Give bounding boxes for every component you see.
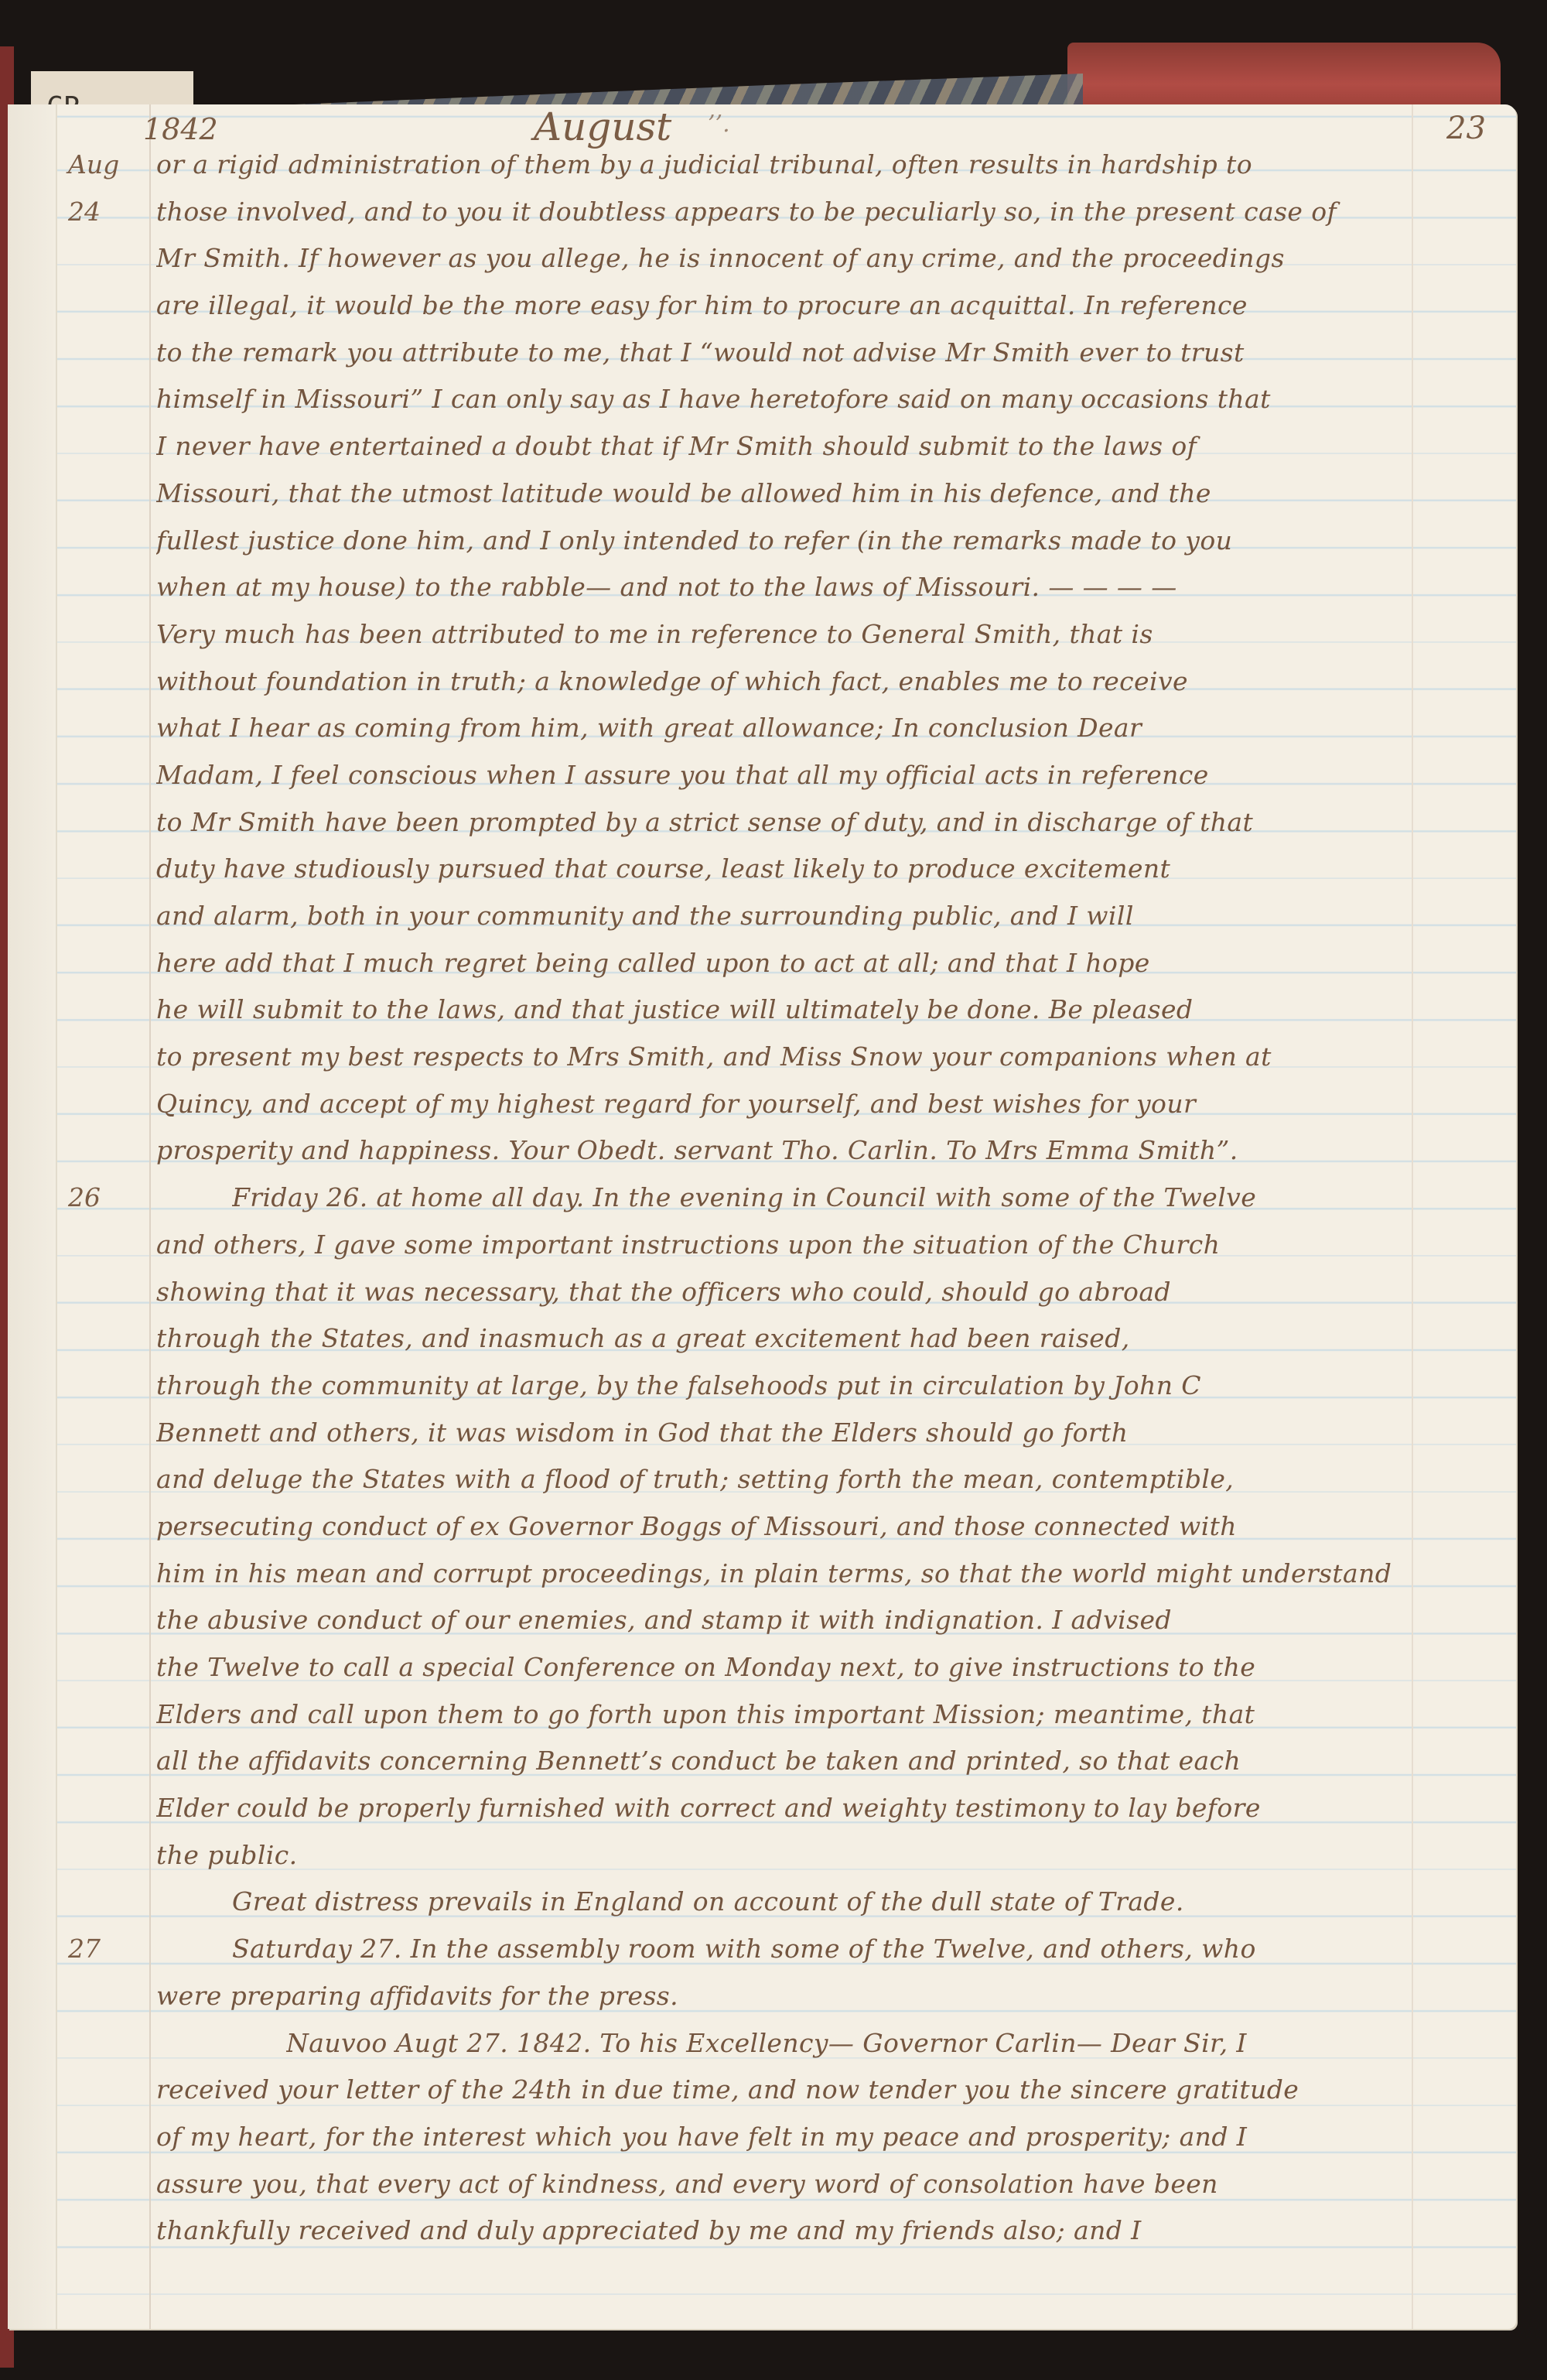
line-text: and others, I gave some important instru… — [156, 1222, 1402, 1269]
manuscript-line: Elders and call upon them to go forth up… — [8, 1691, 1516, 1739]
line-text: Elders and call upon them to go forth up… — [156, 1691, 1402, 1739]
manuscript-line: Elder could be properly furnished with c… — [8, 1785, 1516, 1832]
manuscript-line: received your letter of the 24th in due … — [8, 2067, 1516, 2114]
line-text: Friday 26. at home all day. In the eveni… — [232, 1175, 1408, 1222]
line-text: when at my house) to the rabble— and not… — [156, 564, 1402, 611]
line-text: were preparing affidavits for the press. — [156, 1973, 1402, 2020]
line-text: persecuting conduct of ex Governor Boggs… — [156, 1503, 1402, 1551]
line-text: fullest justice done him, and I only int… — [156, 518, 1402, 565]
manuscript-line: Madam, I feel conscious when I assure yo… — [8, 752, 1516, 799]
line-text: he will submit to the laws, and that jus… — [156, 987, 1402, 1034]
margin-date: 26 — [68, 1175, 145, 1222]
line-text: to the remark you attribute to me, that … — [156, 330, 1402, 377]
manuscript-body: Aug 24or a rigid administration of them … — [8, 142, 1516, 2255]
line-text: the Twelve to call a special Conference … — [156, 1644, 1402, 1691]
line-text: of my heart, for the interest which you … — [156, 2114, 1402, 2161]
manuscript-line: himself in Missouri” I can only say as I… — [8, 376, 1516, 423]
manuscript-line: Very much has been attributed to me in r… — [8, 611, 1516, 658]
manuscript-line: to Mr Smith have been prompted by a stri… — [8, 799, 1516, 846]
line-text: Great distress prevails in England on ac… — [232, 1879, 1408, 1926]
manuscript-line: he will submit to the laws, and that jus… — [8, 987, 1516, 1034]
line-text: or a rigid administration of them by a j… — [156, 142, 1402, 189]
book-cover-red-corner — [1067, 43, 1501, 112]
line-text: all the affidavits concerning Bennett’s … — [156, 1738, 1402, 1785]
manuscript-line: are illegal, it would be the more easy f… — [8, 282, 1516, 330]
manuscript-line: the Twelve to call a special Conference … — [8, 1644, 1516, 1691]
manuscript-line: without foundation in truth; a knowledge… — [8, 658, 1516, 706]
manuscript-line: through the community at large, by the f… — [8, 1363, 1516, 1410]
manuscript-line: Great distress prevails in England on ac… — [8, 1879, 1516, 1926]
manuscript-line: persecuting conduct of ex Governor Boggs… — [8, 1503, 1516, 1551]
line-text: Madam, I feel conscious when I assure yo… — [156, 752, 1402, 799]
manuscript-line: assure you, that every act of kindness, … — [8, 2161, 1516, 2208]
manuscript-line: thankfully received and duly appreciated… — [8, 2207, 1516, 2255]
manuscript-line: fullest justice done him, and I only int… — [8, 518, 1516, 565]
manuscript-line: Mr Smith. If however as you allege, he i… — [8, 235, 1516, 282]
line-text: the abusive conduct of our enemies, and … — [156, 1597, 1402, 1644]
line-text: prosperity and happiness. Your Obedt. se… — [156, 1127, 1402, 1175]
line-text: to Mr Smith have been prompted by a stri… — [156, 799, 1402, 846]
line-text: without foundation in truth; a knowledge… — [156, 658, 1402, 706]
manuscript-line: him in his mean and corrupt proceedings,… — [8, 1551, 1516, 1598]
manuscript-line: those involved, and to you it doubtless … — [8, 189, 1516, 236]
ledger-page: 1842 August ’’. 23 Aug 24or a rigid admi… — [8, 104, 1516, 2329]
manuscript-line: the public. — [8, 1832, 1516, 1879]
manuscript-line: Aug 24or a rigid administration of them … — [8, 142, 1516, 189]
line-text: here add that I much regret being called… — [156, 940, 1402, 987]
margin-date: 27 — [68, 1926, 145, 1973]
line-text: those involved, and to you it doubtless … — [156, 189, 1402, 236]
line-text: duty have studiously pursued that course… — [156, 846, 1402, 893]
manuscript-line: what I hear as coming from him, with gre… — [8, 705, 1516, 752]
archive-call-number-tag: CR 100/102 V. 11 — [31, 71, 193, 108]
manuscript-line: 27Saturday 27. In the assembly room with… — [8, 1926, 1516, 1973]
line-text: Bennett and others, it was wisdom in God… — [156, 1410, 1402, 1457]
line-text: Saturday 27. In the assembly room with s… — [232, 1926, 1408, 1973]
line-text: received your letter of the 24th in due … — [156, 2067, 1402, 2114]
line-text: I never have entertained a doubt that if… — [156, 423, 1402, 470]
line-text: Mr Smith. If however as you allege, he i… — [156, 235, 1402, 282]
manuscript-line: and alarm, both in your community and th… — [8, 893, 1516, 940]
manuscript-line: Quincy, and accept of my highest regard … — [8, 1081, 1516, 1128]
line-text: assure you, that every act of kindness, … — [156, 2161, 1402, 2208]
manuscript-line: Missouri, that the utmost latitude would… — [8, 470, 1516, 518]
manuscript-line: of my heart, for the interest which you … — [8, 2114, 1516, 2161]
line-text: through the States, and inasmuch as a gr… — [156, 1315, 1402, 1363]
line-text: and alarm, both in your community and th… — [156, 893, 1402, 940]
line-text: through the community at large, by the f… — [156, 1363, 1402, 1410]
line-text: Nauvoo Augt 27. 1842. To his Excellency—… — [286, 2020, 1408, 2067]
manuscript-line: Nauvoo Augt 27. 1842. To his Excellency—… — [8, 2020, 1516, 2067]
line-text: Elder could be properly furnished with c… — [156, 1785, 1402, 1832]
manuscript-line: to the remark you attribute to me, that … — [8, 330, 1516, 377]
manuscript-line: Bennett and others, it was wisdom in God… — [8, 1410, 1516, 1457]
manuscript-line: through the States, and inasmuch as a gr… — [8, 1315, 1516, 1363]
line-text: himself in Missouri” I can only say as I… — [156, 376, 1402, 423]
manuscript-line: and deluge the States with a flood of tr… — [8, 1456, 1516, 1503]
manuscript-line: 26Friday 26. at home all day. In the eve… — [8, 1175, 1516, 1222]
line-text: the public. — [156, 1832, 1402, 1879]
manuscript-line: prosperity and happiness. Your Obedt. se… — [8, 1127, 1516, 1175]
line-text: to present my best respects to Mrs Smith… — [156, 1034, 1402, 1081]
manuscript-line: when at my house) to the rabble— and not… — [8, 564, 1516, 611]
line-text: are illegal, it would be the more easy f… — [156, 282, 1402, 330]
line-text: showing that it was necessary, that the … — [156, 1269, 1402, 1316]
manuscript-line: were preparing affidavits for the press. — [8, 1973, 1516, 2020]
manuscript-line: here add that I much regret being called… — [8, 940, 1516, 987]
line-text: and deluge the States with a flood of tr… — [156, 1456, 1402, 1503]
manuscript-line: all the affidavits concerning Bennett’s … — [8, 1738, 1516, 1785]
manuscript-line: I never have entertained a doubt that if… — [8, 423, 1516, 470]
manuscript-line: and others, I gave some important instru… — [8, 1222, 1516, 1269]
line-text: what I hear as coming from him, with gre… — [156, 705, 1402, 752]
line-text: Quincy, and accept of my highest regard … — [156, 1081, 1402, 1128]
manuscript-line: duty have studiously pursued that course… — [8, 846, 1516, 893]
line-text: Very much has been attributed to me in r… — [156, 611, 1402, 658]
line-text: Missouri, that the utmost latitude would… — [156, 470, 1402, 518]
manuscript-line: showing that it was necessary, that the … — [8, 1269, 1516, 1316]
manuscript-line: to present my best respects to Mrs Smith… — [8, 1034, 1516, 1081]
line-text: thankfully received and duly appreciated… — [156, 2207, 1402, 2255]
line-text: him in his mean and corrupt proceedings,… — [156, 1551, 1402, 1598]
manuscript-line: the abusive conduct of our enemies, and … — [8, 1597, 1516, 1644]
ink-mark: ’’. — [708, 111, 730, 138]
